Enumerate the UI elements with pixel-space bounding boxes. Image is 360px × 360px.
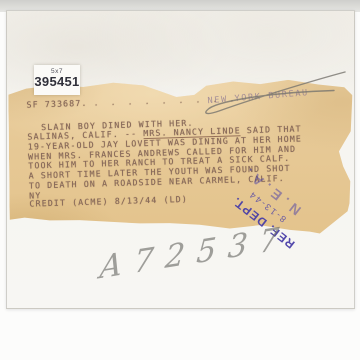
archive-number: 395451 [34, 75, 80, 89]
scanned-press-photo-back: SF 733687. . . . . . . . . . SLAIN BOY D… [0, 0, 360, 360]
caption-lines: SLAIN BOY DINED WITH HER.SALINAS, CALIF.… [27, 114, 339, 208]
archive-label: 5x7 395451 [34, 65, 80, 95]
typewritten-caption: SF 733687. . . . . . . . . . SLAIN BOY D… [26, 91, 339, 207]
serial-number: SF 733687. [26, 98, 87, 110]
